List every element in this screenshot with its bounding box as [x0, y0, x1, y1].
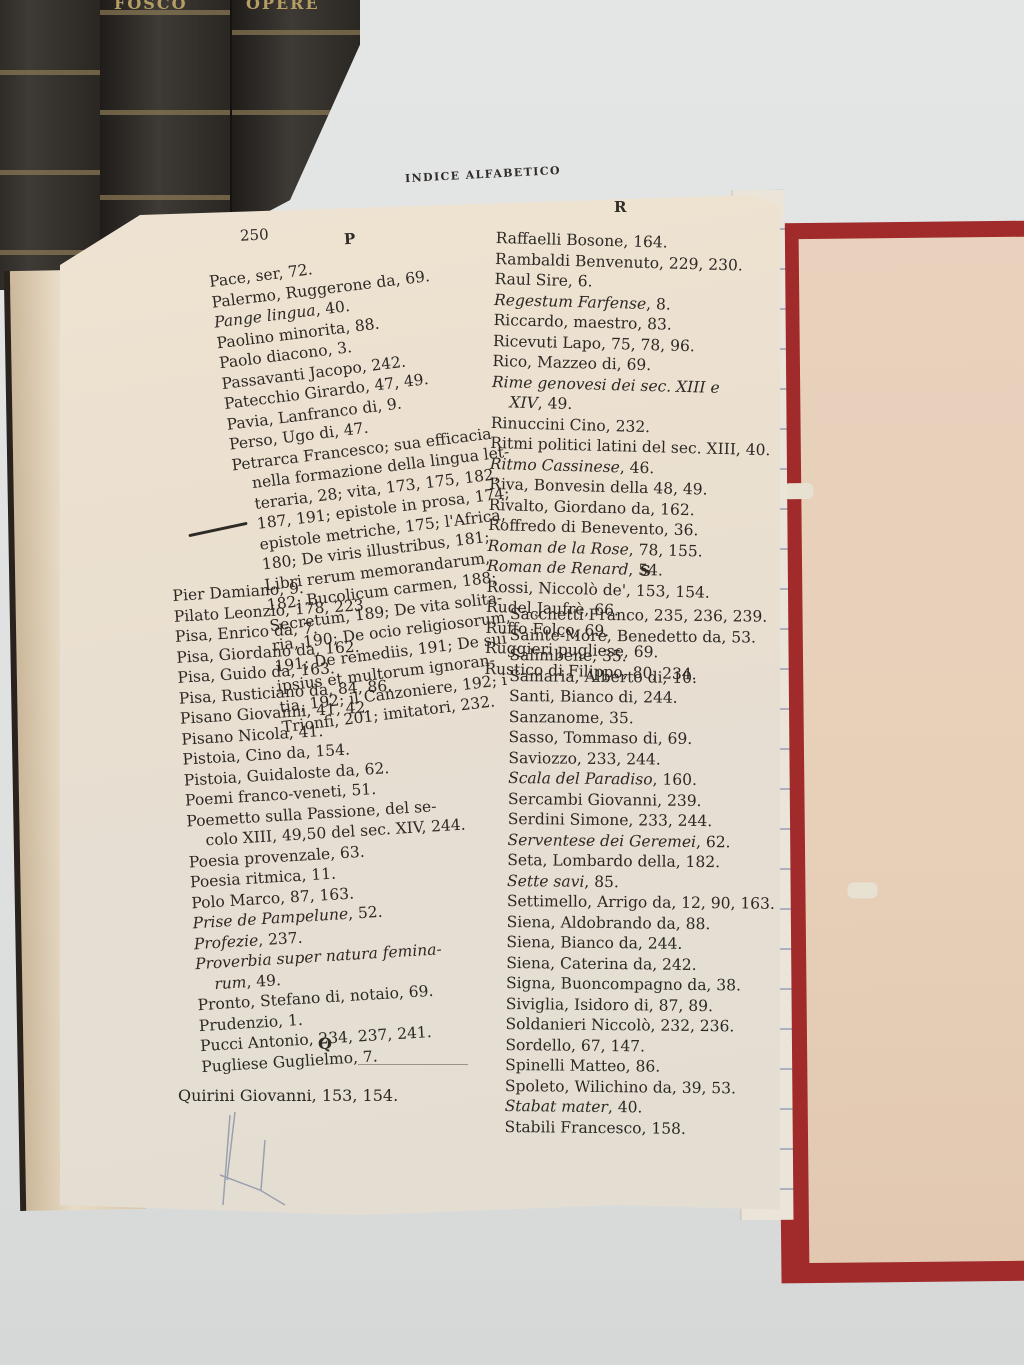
index-entry: Scala del Paradiso, 160.	[508, 768, 808, 792]
index-entry: Signa, Buoncompagno da, 38.	[506, 973, 806, 997]
entry-text: Settimello, Arrigo da, 12, 90, 163.	[507, 892, 775, 913]
entry-text: Santi, Bianco di, 244.	[509, 687, 678, 707]
entry-text: , 85.	[584, 872, 619, 890]
entry-title-italic: Ritmo Cassinese	[490, 454, 620, 475]
entry-title-italic: Roman de la Rose	[487, 536, 629, 558]
entry-text: Samaria, Alberto di, 10.	[509, 666, 697, 686]
entry-text: Rinuccini Cino, 232.	[491, 413, 651, 435]
entry-text: Raffaelli Bosone, 164.	[496, 229, 668, 251]
index-entry: Siena, Bianco da, 244.	[506, 932, 806, 956]
entry-text: Sordello, 67, 147.	[505, 1035, 645, 1054]
entry-text: Siena, Bianco da, 244.	[506, 933, 682, 953]
index-entry: Stabili Francesco, 158.	[504, 1116, 804, 1140]
entry-text: Siena, Aldobrando da, 88.	[507, 912, 711, 932]
entry-text: , 46.	[620, 458, 655, 477]
entry-text: , 78, 155.	[629, 540, 703, 560]
index-entry: Quirini Giovanni, 153, 154.	[178, 1086, 398, 1105]
entry-text: Siena, Caterina da, 242.	[506, 953, 697, 973]
entry-text: Raul Sire, 6.	[494, 270, 592, 291]
index-entry: Sasso, Tommaso di, 69.	[508, 727, 808, 751]
entry-text: Sercambi Giovanni, 239.	[508, 789, 702, 809]
index-column-p-lower: Pier Damiano, 9.Pilato Leonzio, 178, 223…	[172, 566, 521, 1077]
entry-text: , 49.	[538, 394, 573, 413]
entry-text: Sainte-More, Benedetto da, 53.	[510, 625, 756, 646]
entry-text: Soldanieri Niccolò, 232, 236.	[506, 1015, 735, 1035]
entry-title-italic: rum	[214, 973, 247, 993]
entry-text: , 8.	[646, 294, 671, 313]
entry-text: Siviglia, Isidoro di, 87, 89.	[506, 994, 713, 1014]
entry-title-italic: Serventese dei Geremei	[507, 830, 696, 850]
section-letter-p: P	[344, 230, 356, 249]
entry-text: , 40.	[314, 297, 350, 319]
index-entry: Spinelli Matteo, 86.	[505, 1055, 805, 1079]
index-entry: Salimbene, 35.	[509, 645, 809, 669]
entry-title-italic: Stabat mater	[505, 1097, 608, 1116]
entry-text: Sasso, Tommaso di, 69.	[509, 728, 693, 748]
endpaper	[799, 237, 1024, 1263]
index-entry: Sacchetti Franco, 235, 236, 239.	[510, 604, 810, 628]
page-number: 250	[240, 225, 270, 244]
entry-text: Rico, Mazzeo di, 69.	[492, 352, 651, 374]
section-rule	[358, 1064, 468, 1065]
index-column-s: Sacchetti Franco, 235, 236, 239.Sainte-M…	[504, 604, 810, 1140]
book-back-cover	[770, 221, 1024, 1284]
index-entry: Stabat mater, 40.	[505, 1096, 805, 1120]
entry-text: , 40.	[608, 1098, 643, 1116]
entry-title-italic: Profezie	[193, 931, 258, 953]
entry-title-italic: Scala del Paradiso	[508, 769, 653, 789]
entry-text: Saviozzo, 233, 244.	[508, 748, 661, 768]
index-entry: Soldanieri Niccolò, 232, 236.	[505, 1014, 805, 1038]
book-spine	[0, 0, 102, 290]
entry-text: Salimbene, 35.	[509, 646, 626, 665]
entry-text: , 62.	[696, 832, 731, 850]
entry-text: Spinelli Matteo, 86.	[505, 1056, 660, 1076]
entry-text: , 49.	[246, 971, 282, 991]
index-entry: Serdini Simone, 233, 244.	[508, 809, 808, 833]
index-entry: Seta, Lombardo della, 182.	[507, 850, 807, 874]
entry-text: Stabili Francesco, 158.	[504, 1117, 686, 1137]
entry-text: Sacchetti Franco, 235, 236, 239.	[510, 605, 768, 626]
pencil-scribble	[205, 1110, 295, 1210]
entry-text: Riccardo, maestro, 83.	[493, 311, 672, 334]
entry-text: , 52.	[348, 903, 384, 923]
index-entry: Santi, Bianco di, 244.	[509, 686, 809, 710]
entry-title-italic: Sette savi	[507, 871, 584, 890]
entry-text: , 54.	[628, 561, 663, 580]
entry-text: Seta, Lombardo della, 182.	[507, 851, 720, 871]
entry-text: , 160.	[653, 771, 698, 789]
index-entry: Settimello, Arrigo da, 12, 90, 163.	[507, 891, 807, 915]
entry-text: Serdini Simone, 233, 244.	[508, 810, 713, 830]
entry-text: , 237.	[258, 928, 303, 949]
binding-thread	[847, 882, 877, 898]
entry-title-italic: Regestum Farfense	[494, 290, 647, 312]
entry-text: Signa, Buoncompagno da, 38.	[506, 974, 741, 994]
entry-text: Sanzanome, 35.	[509, 707, 634, 726]
entry-text: Spoleto, Wilichino da, 39, 53.	[505, 1076, 736, 1096]
entry-title-italic: XIV	[509, 393, 538, 412]
section-letter-r: R	[614, 198, 626, 216]
entry-title-italic: Roman de Renard	[487, 557, 629, 579]
section-letter-q: Q	[318, 1034, 332, 1053]
